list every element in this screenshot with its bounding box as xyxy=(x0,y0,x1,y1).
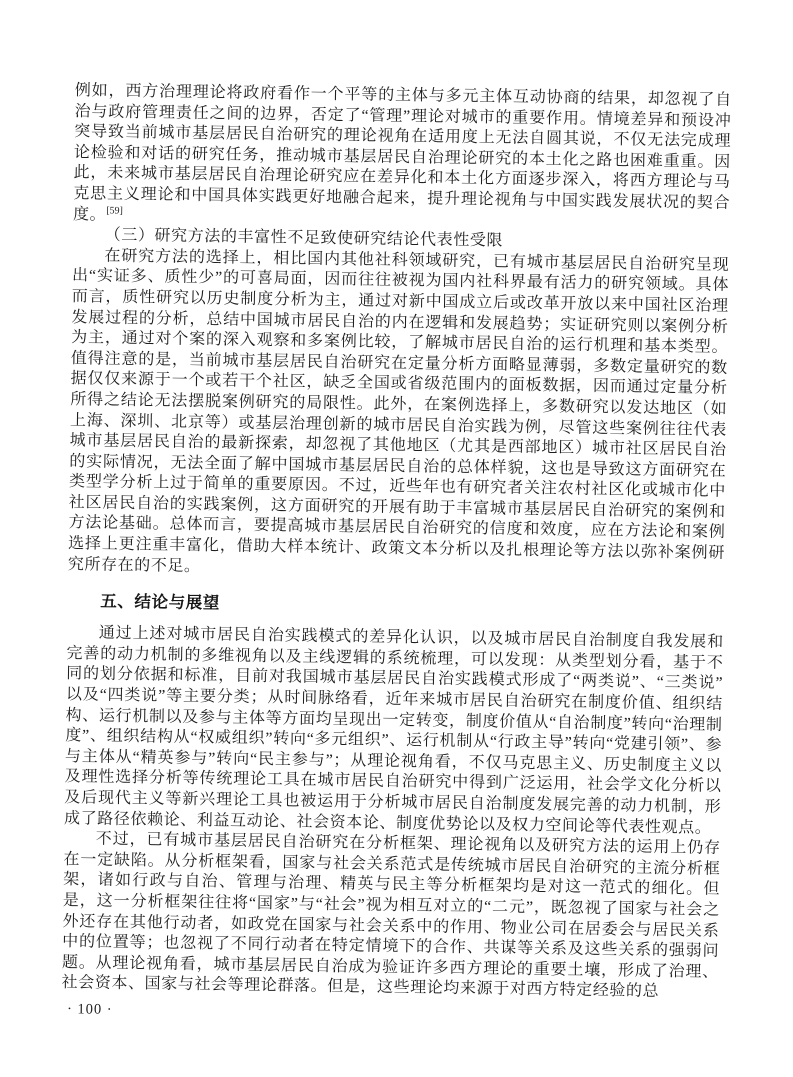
document-page: 例如，西方治理理论将政府看作一个平等的主体与多元主体互动协商的结果，却忽视了自治… xyxy=(0,0,793,1077)
page-text-block: 例如，西方治理理论将政府看作一个平等的主体与多元主体互动协商的结果，却忽视了自治… xyxy=(61,81,732,1028)
footnote-ref-59: [59] xyxy=(106,205,123,216)
paragraph-text: 例如，西方治理理论将政府看作一个平等的主体与多元主体互动协商的结果，却忽视了自治… xyxy=(73,82,732,223)
page-number: · 100 · xyxy=(61,1001,718,1028)
section-heading-conclusion: 五、结论与展望 xyxy=(67,590,724,622)
paragraph-conclusion-limitations: 不过，已有城市基层居民自治研究在分析框架、理论视角以及研究方法的运用上仍存在一定… xyxy=(61,829,720,1003)
paragraph-western-governance-theory: 例如，西方治理理论将政府看作一个平等的主体与多元主体互动协商的结果，却忽视了自治… xyxy=(73,81,732,235)
paragraph-research-methods: 在研究方法的选择上，相比国内其他社科领域研究，已有城市基层居民自治研究呈现出“实… xyxy=(68,246,730,585)
paragraph-conclusion-summary: 通过上述对城市居民自治实践模式的差异化认识，以及城市居民自治制度自我发展和完善的… xyxy=(64,623,724,839)
